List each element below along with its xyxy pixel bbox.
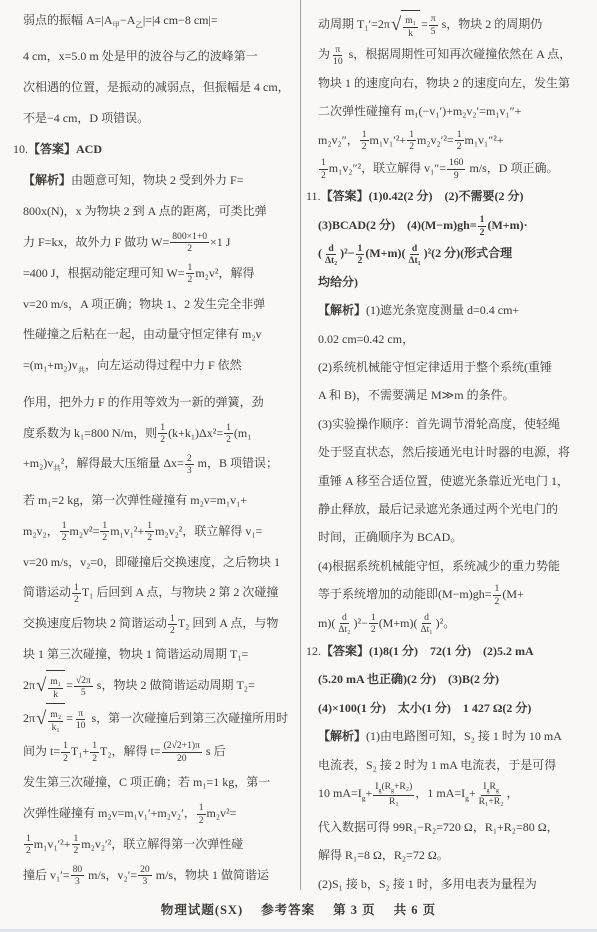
text-line: 12.【答案】(1)8(1 分) 72(1 分) (2)5.2 mA: [306, 637, 590, 665]
footer-section-title: 参考答案: [261, 903, 315, 917]
text-line: +m₂)v共²，解得最大压缩量 Δx=23 m，B 项错误；: [23, 448, 299, 484]
answer-column-left: 弱点的振幅 A=|A甲−A乙|=|4 cm−8 cm|=4 cm，x=5.0 m…: [23, 5, 299, 891]
text-line: 简谐运动12T₁ 后回到 A 点，与物块 2 第 2 次碰撞: [23, 577, 299, 608]
text-line: 12m₁v₁′²+12m₂v₂′²，联立解得第一次弹性碰: [23, 829, 299, 860]
text-line: v=20 m/s，v₂=0，即碰撞后交换速度，之后物块 1: [23, 547, 299, 578]
text-line: 次相遇的位置，是振动的减弱点，但振幅是 4 cm，: [23, 72, 299, 103]
text-line: 4 cm，x=5.0 m 处是甲的波谷与乙的波峰第一: [23, 41, 299, 72]
text-line: 处于竖直状态，然后接通光电计时器的电源，将: [318, 438, 590, 466]
text-line: (4)根据系统机械能守恒，系统减少的重力势能: [318, 552, 590, 580]
text-line: (3)实验操作顺序：首先调节滑轮高度，使轻绳: [318, 410, 590, 438]
footer-exam-title: 物理试题(SX): [161, 903, 243, 917]
text-line: 等于系统增加的动能即(M−m)gh=12(M+: [318, 580, 590, 608]
text-line: 块 1 第三次碰撞，物块 1 简谐运动周期 T₁=: [23, 639, 299, 670]
text-line: 发生第三次碰撞，C 项正确；若 m₁=1 kg，第一: [23, 767, 299, 798]
text-line: (2)S₁ 接 b，S₂ 接 1 时，多用电表为量程为: [318, 870, 590, 898]
answer-sheet-page: 弱点的振幅 A=|A甲−A乙|=|4 cm−8 cm|=4 cm，x=5.0 m…: [0, 0, 597, 932]
text-line: 重锤 A 移至合适位置，使遮光条靠近光电门 1，: [318, 467, 590, 495]
text-line: 【解析】由题意可知，物块 2 受到外力 F=: [23, 165, 299, 196]
text-line: 2π√m₁k=√2π5 s，物块 2 做简谐运动周期 T₂=: [23, 670, 299, 703]
text-line: 0.02 cm=0.42 cm，: [318, 325, 590, 353]
text-line: 性碰撞之后粘在一起，由动量守恒定律有 m₂v: [23, 319, 299, 350]
text-line: 作用，把外力 F 的作用等效为一新的弹簧，劲: [23, 387, 299, 418]
text-line: 若 m₁=2 kg，第一次弹性碰撞有 m₂v=m₁v₁+: [23, 485, 299, 516]
text-line: 物块 1 的速度向右，物块 2 的速度向左，发生第: [318, 69, 590, 97]
text-line: 解得 R₁=8 Ω，R₂=72 Ω。: [318, 841, 590, 869]
footer-page-number: 第 3 页: [333, 903, 376, 917]
text-line: 撞后 v₁′=803 m/s，v₂′=203 m/s，物块 1 做简谐运: [23, 860, 299, 891]
text-line: (5.20 mA 也正确)(2 分) (3)B(2 分): [318, 665, 590, 693]
footer-page-total: 共 6 页: [394, 903, 437, 917]
text-line: (2)系统机械能守恒定律适用于整个系统(重锤: [318, 353, 590, 381]
text-line: (4)×100(1 分) 太小(1 分) 1 427 Ω(2 分): [318, 694, 590, 722]
text-line: =(m₁+m₂)v共，向左运动得过程中力 F 依然: [23, 350, 299, 386]
text-line: 800x(N)，x 为物块 2 到 A 点的距离，可类比弹: [23, 196, 299, 227]
text-line: 2π√m₂k₁=π10 s，第一次碰撞后到第三次碰撞所用时: [23, 703, 299, 736]
text-line: 10.【答案】ACD: [13, 134, 299, 165]
page-footer: 物理试题(SX)参考答案第 3 页共 6 页: [0, 900, 597, 918]
text-line: 【解析】(1)遮光条宽度测量 d=0.4 cm+: [318, 296, 590, 324]
text-line: 代入数据可得 99R₁−R₂=720 Ω，R₁+R₂=80 Ω，: [318, 813, 590, 841]
text-line: 静止释放，最后记录遮光条通过两个光电门的: [318, 495, 590, 523]
text-line: 度系数为 k₁=800 N/m，则12(k+k₁)Δx²=12(m₁: [23, 418, 299, 449]
text-line: m)(dΔt₂)²−12(M+m)(dΔt₁)²。: [318, 609, 590, 637]
text-line: 为π10 s，根据周期性可知再次碰撞依然在 A 点，: [318, 40, 590, 68]
text-line: 10 mA=Ig+Ig(Rg+R₂)R₁，1 mA=Ig+IgRgR₁+R₂，: [318, 779, 590, 813]
text-line: =400 J，根据动能定理可知 W=12m₂v²，解得: [23, 258, 299, 289]
text-line: m₂v₂″，12m₁v₁′²+12m₂v₂′²=12m₁v₁″²+: [318, 126, 590, 154]
text-line: A 和 B)，不需要满足 M≫m 的条件。: [318, 381, 590, 409]
text-line: (3)BCAD(2 分) (4)(M−m)gh=12(M+m)·: [318, 211, 590, 239]
text-line: v=20 m/s，A 项正确；物块 1、2 发生完全非弹: [23, 289, 299, 320]
text-line: 力 F=kx，故外力 F 做功 W=800×1+02×1 J: [23, 227, 299, 258]
text-line: 弱点的振幅 A=|A甲−A乙|=|4 cm−8 cm|=: [23, 5, 299, 41]
text-line: 二次弹性碰撞有 m₁(−v₁′)+m₂v₂′=m₁v₁″+: [318, 97, 590, 125]
text-line: 交换速度后物块 2 简谐运动12T₂ 回到 A 点，与物: [23, 608, 299, 639]
text-line: 【解析】(1)由电路图可知，S₂ 接 1 时为 10 mA: [318, 722, 590, 750]
column-divider: [300, 0, 301, 890]
text-line: 12m₁v₂″²，联立解得 v₁″=1609 m/s，D 项正确。: [318, 154, 590, 182]
text-line: 时间，正确顺序为 BCAD。: [318, 523, 590, 551]
text-line: m₂v₂，12m₂v²=12m₁v₁²+12m₂v₂²，联立解得 v₁=: [23, 516, 299, 547]
text-line: 不是−4 cm，D 项错误。: [23, 103, 299, 134]
text-line: 11.【答案】(1)0.42(2 分) (2)不需要(2 分): [306, 182, 590, 210]
text-line: 间为 t=12T₁+12T₂，解得 t=(2√2+1)π20 s 后: [23, 736, 299, 767]
text-line: (dΔt₂)²−12(M+m)(dΔt₁)²(2 分)(形式合理: [318, 239, 590, 267]
text-line: 次弹性碰撞有 m₂v=m₁v₁′+m₂v₂′，12m₂v²=: [23, 798, 299, 829]
text-line: 动周期 T₁′=2π√m₁k=π5 s，物块 2 的周期仍: [318, 10, 590, 40]
text-line: 电流表，S₂ 接 2 时为 1 mA 电流表，于是可得: [318, 751, 590, 779]
text-line: 均给分): [318, 268, 590, 296]
answer-column-right: 动周期 T₁′=2π√m₁k=π5 s，物块 2 的周期仍为π10 s，根据周期…: [318, 10, 590, 898]
